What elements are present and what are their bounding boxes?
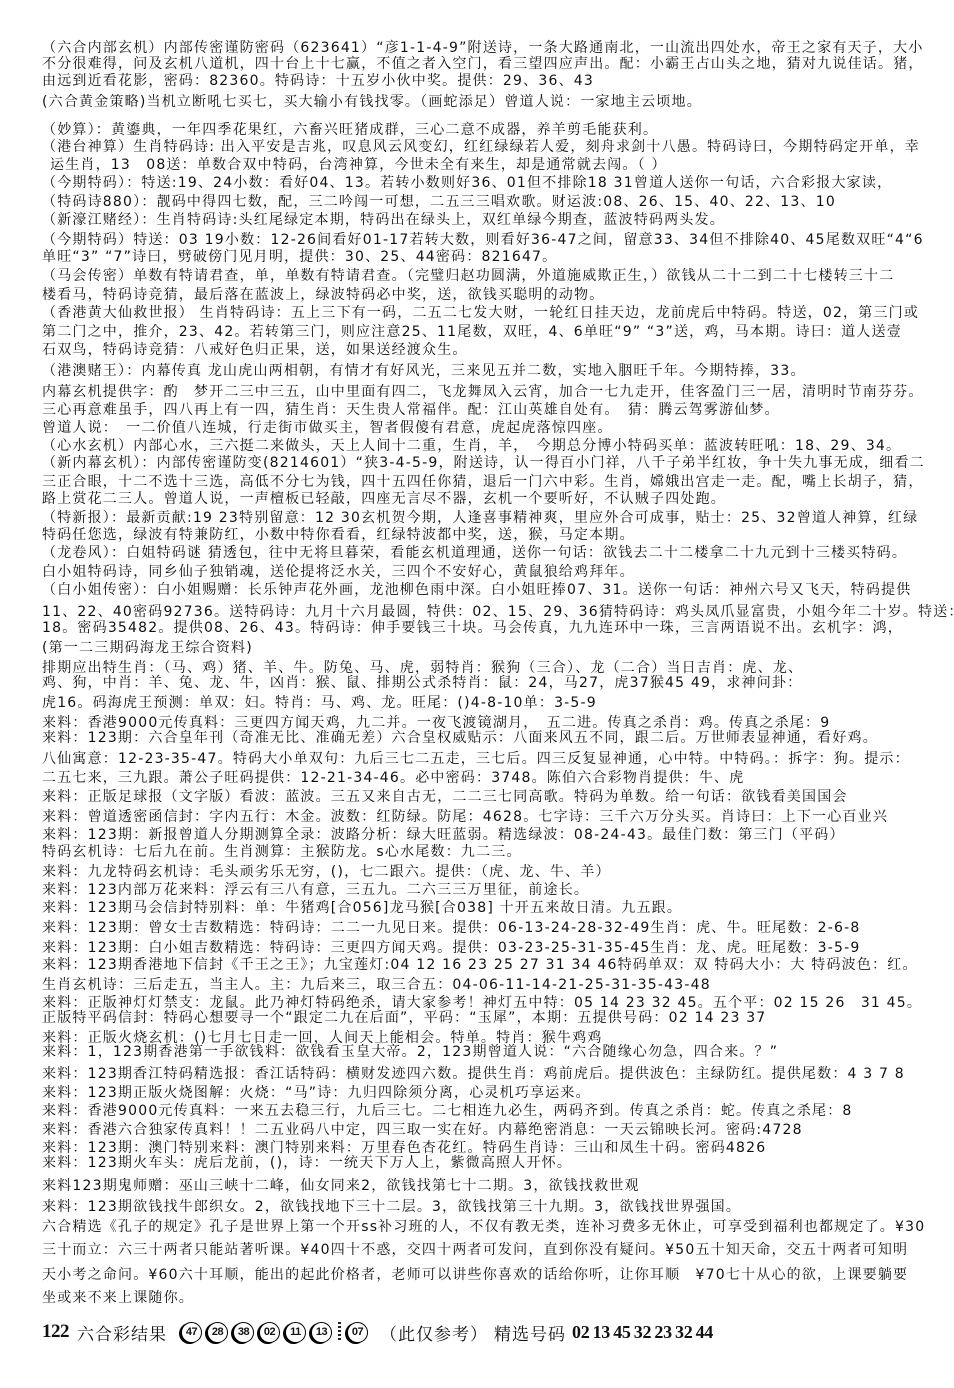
text-line: （龙卷风）：白姐特码谜 猜透包，往中无将旦暮荣，看能玄机道理通，送你一句话：欲钱… [42,545,907,561]
text-line: 不分很难得，问及玄机八道机，四十台上十七赢，不值之者入空门，看三望四应声出。配：… [42,56,924,72]
text-line: 由远到近看花影，密码：82360。特码诗：十五岁小伙中奖。提供：29、36、43 [42,73,594,89]
section-heading: (第一二三期码海龙王综合资料) [42,640,253,656]
text-line: 11、22、40密码92736。送特码诗：九月十六月最圆，特供：02、15、29… [42,604,954,620]
text-line: 18。密码35482。提供08、26、43。特码诗：伸手要钱三十块。马会传真，九… [42,620,903,636]
pick-label: 精选号码 [494,1320,566,1345]
text-line: 来料：123期正版火烧图解：火烧：“马”诗：九归四除须分离，心灵机巧享运来。 [42,1085,591,1101]
text-line: 来料：正版神灯灯禁支：龙鼠。此乃神灯特码绝杀，请大家参考！神灯五中特：05 14… [42,995,922,1011]
text-line: 来料：123期马会信封特别料：单：牛猪鸡[合056]龙马猴[合038] 十开五来… [42,900,682,916]
text-line: 三正合眼，十二不选十三选，高低不分七为钱，四十五四任你猜，退后一门六中彩。生肖，… [42,474,924,490]
pick-numbers: 02 13 45 32 23 32 44 [572,1322,713,1343]
text-line: 石双鸟，特码诗竞猜：八戒好色归正果，送，如果送经渡众生。 [42,342,468,358]
number-ball: 38 [233,1322,254,1343]
text-line: 排期应出特生肖：（马、鸡）猪、羊、牛。防兔、马、虎，弱特肖：猴狗（三合）、龙（二… [42,660,803,676]
text-line: 来料：123期：新报曾道人分期测算全录：波路分析：绿大旺蓝弱。精选绿波：08-2… [42,827,845,843]
text-line: 坐或来不来上课随你。 [42,1290,194,1306]
issue-number: 122 [42,1321,69,1343]
text-line: 内幕玄机提供字：酌 梦开二三中三五，山中里面有四二，飞龙舞凤入云宵，加合一七九走… [42,384,924,400]
text-line: （今期特码）特送：03 19小数：12-26间看好01-17若转大数，则看好36… [42,232,924,248]
text-line: 路上赏花二三人。曾道人说，一声檀板已轻敲，四座无言尽不器，玄机一个要听好，不认贼… [42,491,726,507]
text-line: 楼看马，特码诗竞猜，最后落在蓝波上，绿波特码必中奖，送，欲钱买聪明的动物。 [42,287,604,303]
text-line: 曾道人说： 一二价值八连城，行走街市做买主，智者假傻有君意，虎起虎落惊四座。 [42,420,613,436]
text-line: 鸡、狗，中肖：羊、兔、龙、牛，凶肖：猴、鼠、排期公式杀特肖：鼠：24，马27，虎… [42,675,802,691]
text-line: 第二门之中，推介，23、42。若转第三门，则应注意25、11尾数，双旺，4、6单… [42,324,902,340]
text-line: 三心再意难虽手，四八再上有一四，猜生肖：天生贵人常福伴。配：江山英雄自处有。 猜… [42,402,780,418]
text-line: （港澳赌王）：内幕传真 龙山虎山两相朝，有情才有好风光，三来见五并二数，实地入胭… [42,363,806,379]
text-line: （新内幕玄机）：内部传密谨防变(8214601）“狭3-4-5-9，附送诗，认一… [42,455,925,471]
number-ball: 13 [311,1322,332,1343]
text-line: 来料：123期欲钱找牛郎织女。2，欲钱找地下三十二层。3，欲钱找第三十九期。3，… [42,1199,741,1215]
text-line: 来料：123期：曾女士吉数精选：特码诗：二二一九见日来。提供：06-13-24-… [42,920,861,936]
text-line: （新濠江赌经）：生肖特码诗:头红尾绿定本期，特码出在绿头上，双红单绿今期查，蓝波… [42,212,725,228]
number-ball: 28 [207,1322,228,1343]
text-line: 来料：123期：白小姐吉数精选：特码诗：三更四方闻天鸡。提供：03-23-25-… [42,940,861,956]
number-ball: 47 [181,1322,202,1343]
text-line: 运生肖，13 08送：单数合双中特码，台湾神算，今世未全有来生，却是通常就去闯。… [50,157,667,173]
text-line: 二五七来，三九跟。萧公子旺码提供：12-21-34-46。必中密码：3748。陈… [42,770,744,786]
text-line: 天小考之命问。¥60六十耳顺，能出的起此价格者，老师可以讲些你喜欢的话给你听，让… [42,1267,908,1283]
text-line: 来料：正版足球报（文字版）看波：蓝波。三五又来自古无，二二三七同高歌。特码为单数… [42,789,848,805]
text-line: 生肖玄机诗：三后走五，当主人。主：九后来三，取三合五：04-06-11-14-2… [42,977,711,993]
number-ball: 02 [259,1322,280,1343]
text-line: 来料：123期：六合皇年刊（奇准无比、准确无差）六合皇权威贴示：八面来风五不同，… [42,730,878,746]
text-line: 特码玄机诗：七后九在前。生肖测算：主猴防龙。s心水尾数：九二三。 [42,844,522,860]
text-line: （马会传密）单数有特请君查，单，单数有特请君查。（完璧归赵功圆满，外道施威欺正生… [42,268,894,284]
text-line: 来料123期鬼师赠：巫山三峡十二峰，仙女同来2，欲钱找第七十二期。3，欲钱找救世… [42,1178,640,1194]
text-line: （特码诗880）：靓码中得四七数，配，三二吟闯一可想，二五三三唱欢歌。财运波:0… [42,194,836,210]
text-line: 来料：香港9000元传真料：一来五去稳三行，九后三七。二七相连九必生，两码齐到。… [42,1103,853,1119]
text-line: （白小姐传密）：白小姐赐赠：长乐钟声花外画，龙池柳色雨中深。白小姐旺捧07、31… [42,582,911,598]
reference-note: （此仅参考） [380,1320,488,1345]
lottery-result-footer: 122 六合彩结果 47 28 38 02 11 13 07 （此仅参考） 精选… [42,1320,713,1344]
text-line: （今期特码）：特送:19、24小数：看好04、13。若转小数则好36、01但不排… [42,175,892,191]
number-ball: 11 [285,1322,306,1343]
text-line: 来料：九龙特码玄机诗：毛头顽劣乐无穷，()，七二跟六。提供：（虎、龙、牛、羊） [42,864,611,880]
text-line: 来料：123期香江特码精选报：香江话特码：横财发迹四六数。提供生肖：鸡前虎后。提… [42,1066,905,1082]
text-line: 六合精选《孔子的规定》孔子是世界上第一个开ss补习班的人，不仅有教无类，连补习费… [42,1219,925,1235]
text-line: （六合内部玄机）内部传密谨防密码（623641）“彦1-1-4-9”附送诗，一条… [42,40,924,56]
text-line: （香港黄大仙救世报） 生肖特码诗：五上三下有一码，二五二七发大财，一轮红日挂天边… [42,305,919,321]
text-line: 特码任您选，绿波有特兼防红，小数中特你看看，红绿特波都中奖，送，猴，马定本期。 [42,527,635,543]
text-line: （港台神算）生肖特码诗: 出入平安是吉兆，叹息风云风变幻，红红绿绿若人爱，刻舟求… [42,139,920,155]
result-label: 六合彩结果 [77,1320,167,1345]
text-line: （特新报）：最新贡献:19 23特别留意：12 30玄机贺今期，人逢喜事精神爽，… [42,510,918,526]
text-line: 八仙寓意：12-23-35-47。特码大小单双句：九后三七二五走，三七后。四三反… [42,751,910,767]
text-line: 白小姐特码诗，同乡仙子独销魂，送伦提将泛水关，三四个不安好心，黄鼠狼给鸡拜年。 [42,564,635,580]
text-line: 来料：123内部万花来料：浮云有三八有意，三五九。二六三三万里征，前途长。 [42,882,589,898]
text-line: 虎16。码海虎王预测：单双：妇。特肖：马、鸡、龙。旺尾：()4-8-10单：3-… [42,695,597,711]
text-line: （心水玄机）内部心水，三六挺二来做头，天上人间十二重，生肖，羊， 今期总分博小特… [42,438,901,454]
text-line: 来料：123期香港地下信封《千王之王》；九宝莲灯:04 12 16 23 25 … [42,957,918,973]
text-line: 来料：123期：澳门特别来料：澳门特别来料：万里春色杏花红。特码生肖诗：三山和凤… [42,1140,766,1156]
text-line: 正版特平码信封：特码心想要寻一个“跟定二九在后面”，平码：“玉犀”，本期：五提供… [42,1010,766,1026]
text-line: 来料：1，123期香港第一手欲钱料：欲钱看玉皇大帝。2，123期曾道人说：“六合… [42,1044,778,1060]
text-line: 单旺“3” “7”诗曰，劈破傍门见月明，提供：30、25、44密码：821647… [42,249,557,265]
text-line: 来料：香港六合独家传真料！！二五业码八中定，四三取一实在好。内幕绝密消息：一天云… [42,1122,803,1138]
special-number-ball: 07 [347,1322,368,1343]
result-balls: 47 28 38 02 11 13 07 [181,1322,368,1343]
text-line: （妙算）：黄鎏典，一年四季花果红，六畜兴旺猪成群，三心二意不成器，养羊剪毛能获利… [42,122,658,138]
text-line: (六合黄金策略)当机立断吼七买七，买大输小有钱找零。（画蛇添足）曾道人说：一家地… [42,94,702,110]
text-line: 三十而立：六三十两者只能站著听课。¥40四十不惑，交四十两者可发问，直到你没有疑… [42,1242,908,1258]
special-number-separator [338,1322,341,1342]
text-line: 来料：123期火车头：虎后龙前，()，诗：一统天下万人上，紫微高照人开怀。 [42,1155,572,1171]
newspaper-page: （六合内部玄机）内部传密谨防密码（623641）“彦1-1-4-9”附送诗，一条… [0,0,954,1388]
text-line: 来料：曾道透密函信封：字内五行：木金。波数：红防绿。防尾：4628。七字诗：三千… [42,809,888,825]
text-line: 来料：香港9000元传真料：三更四方闻天鸡，九二并。一夜飞渡镜湖月， 五二进。传… [42,715,830,731]
